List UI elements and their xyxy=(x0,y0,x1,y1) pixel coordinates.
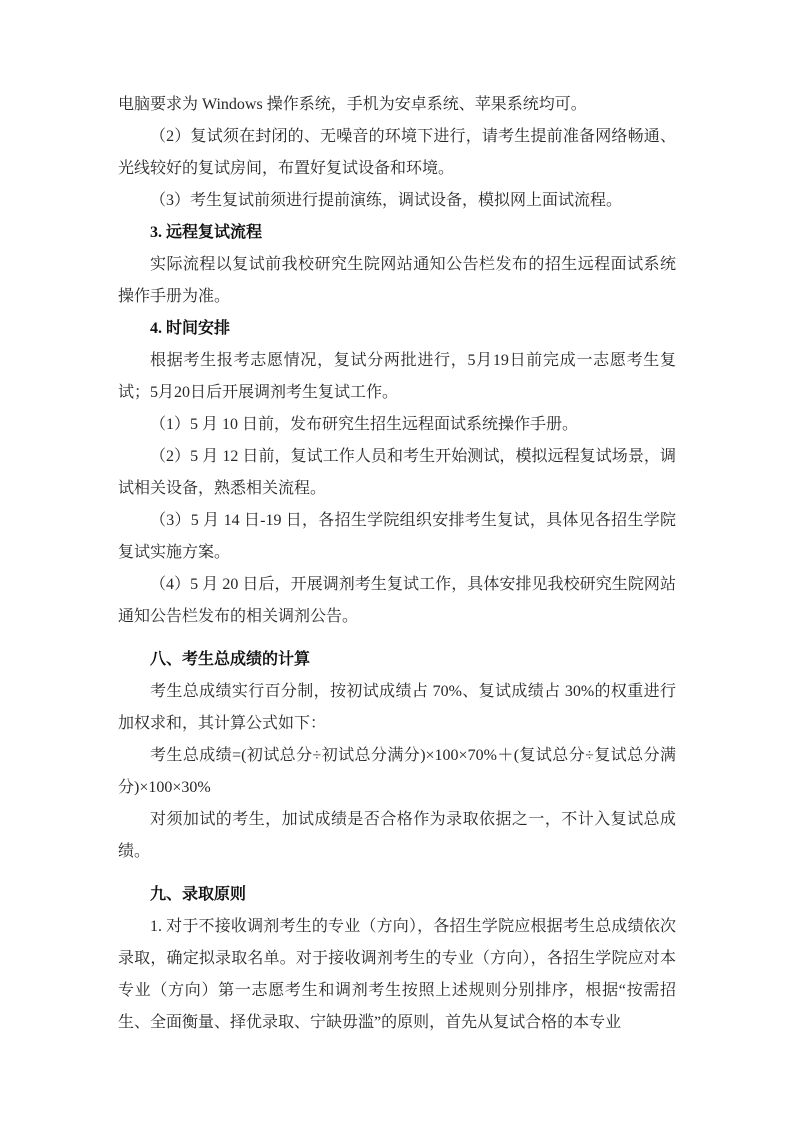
paragraph: 考生总成绩实行百分制，按初试成绩占 70%、复试成绩占 30%的权重进行加权求和… xyxy=(118,676,676,740)
paragraph: 电脑要求为 Windows 操作系统，手机为安卓系统、苹果系统均可。 xyxy=(118,89,676,121)
section-heading: 八、考生总成绩的计算 xyxy=(118,644,676,676)
paragraph: 考生总成绩=(初试总分÷初试总分满分)×100×70%＋(复试总分÷复试总分满分… xyxy=(118,740,676,804)
paragraph: （3）5 月 14 日-19 日，各招生学院组织安排考生复试，具体见各招生学院复… xyxy=(118,505,676,569)
paragraph: 1. 对于不接收调剂考生的专业（方向），各招生学院应根据考生总成绩依次录取，确定… xyxy=(118,911,676,1039)
paragraph: （2）复试须在封闭的、无噪音的环境下进行，请考生提前准备网络畅通、光线较好的复试… xyxy=(118,121,676,185)
paragraph: 实际流程以复试前我校研究生院网站通知公告栏发布的招生远程面试系统操作手册为准。 xyxy=(118,249,676,313)
paragraph: （3）考生复试前须进行提前演练，调试设备，模拟网上面试流程。 xyxy=(118,185,676,217)
section-heading: 3. 远程复试流程 xyxy=(118,217,676,249)
paragraph: 根据考生报考志愿情况，复试分两批进行，5月19日前完成一志愿考生复试；5月20日… xyxy=(118,345,676,409)
paragraph: （1）5 月 10 日前，发布研究生招生远程面试系统操作手册。 xyxy=(118,409,676,441)
paragraph: 对须加试的考生，加试成绩是否合格作为录取依据之一，不计入复试总成绩。 xyxy=(118,804,676,868)
section-heading: 九、录取原则 xyxy=(118,879,676,911)
document-body: 电脑要求为 Windows 操作系统，手机为安卓系统、苹果系统均可。（2）复试须… xyxy=(118,89,676,1039)
document-page: 电脑要求为 Windows 操作系统，手机为安卓系统、苹果系统均可。（2）复试须… xyxy=(0,0,793,1122)
section-heading: 4. 时间安排 xyxy=(118,313,676,345)
paragraph: （2）5 月 12 日前，复试工作人员和考生开始测试，模拟远程复试场景，调试相关… xyxy=(118,441,676,505)
paragraph: （4）5 月 20 日后，开展调剂考生复试工作，具体安排见我校研究生院网站通知公… xyxy=(118,569,676,633)
